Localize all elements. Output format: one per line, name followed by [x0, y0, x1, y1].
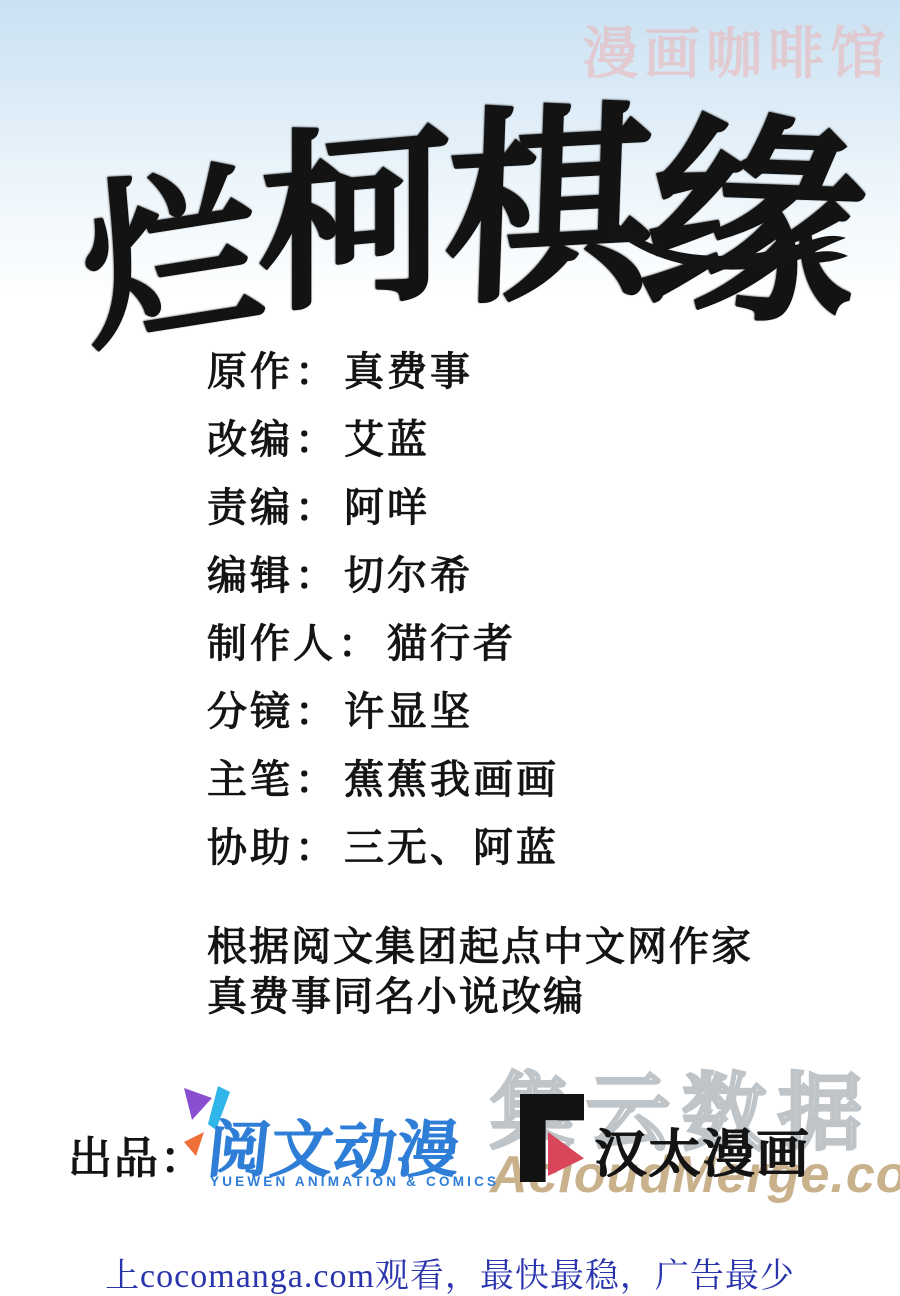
credit-separator: ：	[295, 816, 338, 873]
producers-row: 出品： 阅文动漫 YUEWEN ANIMATION & COMICS 汉太漫画	[0, 1082, 900, 1212]
credit-separator: ：	[295, 544, 338, 601]
credit-name: 三无、阿蓝	[344, 816, 559, 873]
credit-separator: ：	[295, 408, 338, 465]
credit-row: 协助：三无、阿蓝	[207, 810, 559, 878]
credit-role: 分镜	[207, 680, 293, 737]
title-char-1: 烂	[75, 156, 266, 362]
title-char-2: 柯	[258, 115, 449, 324]
hantai-logo-text: 汉太漫画	[594, 1112, 810, 1187]
credit-role: 责编	[207, 476, 293, 533]
credit-row: 分镜：许显坚	[207, 674, 559, 742]
credit-separator: ：	[295, 340, 338, 397]
credit-role: 原作	[207, 340, 293, 397]
footer-site-notice: 上cocomanga.com观看，最快最稳，广告最少	[0, 1248, 900, 1296]
credit-name: 真费事	[344, 340, 473, 397]
credit-name: 阿咩	[344, 476, 430, 533]
credit-row: 主笔：蕉蕉我画画	[207, 742, 559, 810]
credit-separator: ：	[295, 680, 338, 737]
hantai-mark-accent-icon	[548, 1132, 584, 1176]
credit-row: 原作：真费事	[207, 334, 559, 402]
yuewen-logo: 阅文动漫 YUEWEN ANIMATION & COMICS	[182, 1082, 472, 1202]
credit-name: 猫行者	[387, 612, 516, 669]
credit-role: 改编	[207, 408, 293, 465]
credit-row: 编辑：切尔希	[207, 538, 559, 606]
credit-role: 协助	[207, 816, 293, 873]
credits-list: 原作：真费事 改编：艾蓝 责编：阿咩 编辑：切尔希 制作人：猫行者 分镜：许显坚…	[207, 334, 559, 878]
brush-stroke-tail	[610, 212, 850, 282]
credit-name: 切尔希	[344, 544, 473, 601]
adaptation-note: 根据阅文集团起点中文网作家 真费事同名小说改编	[207, 922, 753, 1022]
yuewen-logo-subtitle: YUEWEN ANIMATION & COMICS	[210, 1174, 499, 1189]
credit-separator: ：	[295, 476, 338, 533]
title-char-3: 棋	[440, 98, 655, 318]
hantai-logo: 汉太漫画	[520, 1090, 820, 1210]
credit-row: 制作人：猫行者	[207, 606, 559, 674]
credit-separator: ：	[295, 748, 338, 805]
credit-row: 责编：阿咩	[207, 470, 559, 538]
page-title: 烂 柯 棋 缘	[72, 52, 842, 342]
adaptation-note-line2: 真费事同名小说改编	[207, 972, 753, 1022]
credit-role: 主笔	[207, 748, 293, 805]
credit-name: 蕉蕉我画画	[344, 748, 559, 805]
credit-separator: ：	[338, 612, 381, 669]
producer-label-text: 出品	[68, 1122, 160, 1186]
credit-name: 艾蓝	[344, 408, 430, 465]
credit-name: 许显坚	[344, 680, 473, 737]
credit-role: 编辑	[207, 544, 293, 601]
credit-role: 制作人	[207, 612, 336, 669]
credit-row: 改编：艾蓝	[207, 402, 559, 470]
adaptation-note-line1: 根据阅文集团起点中文网作家	[207, 922, 753, 972]
